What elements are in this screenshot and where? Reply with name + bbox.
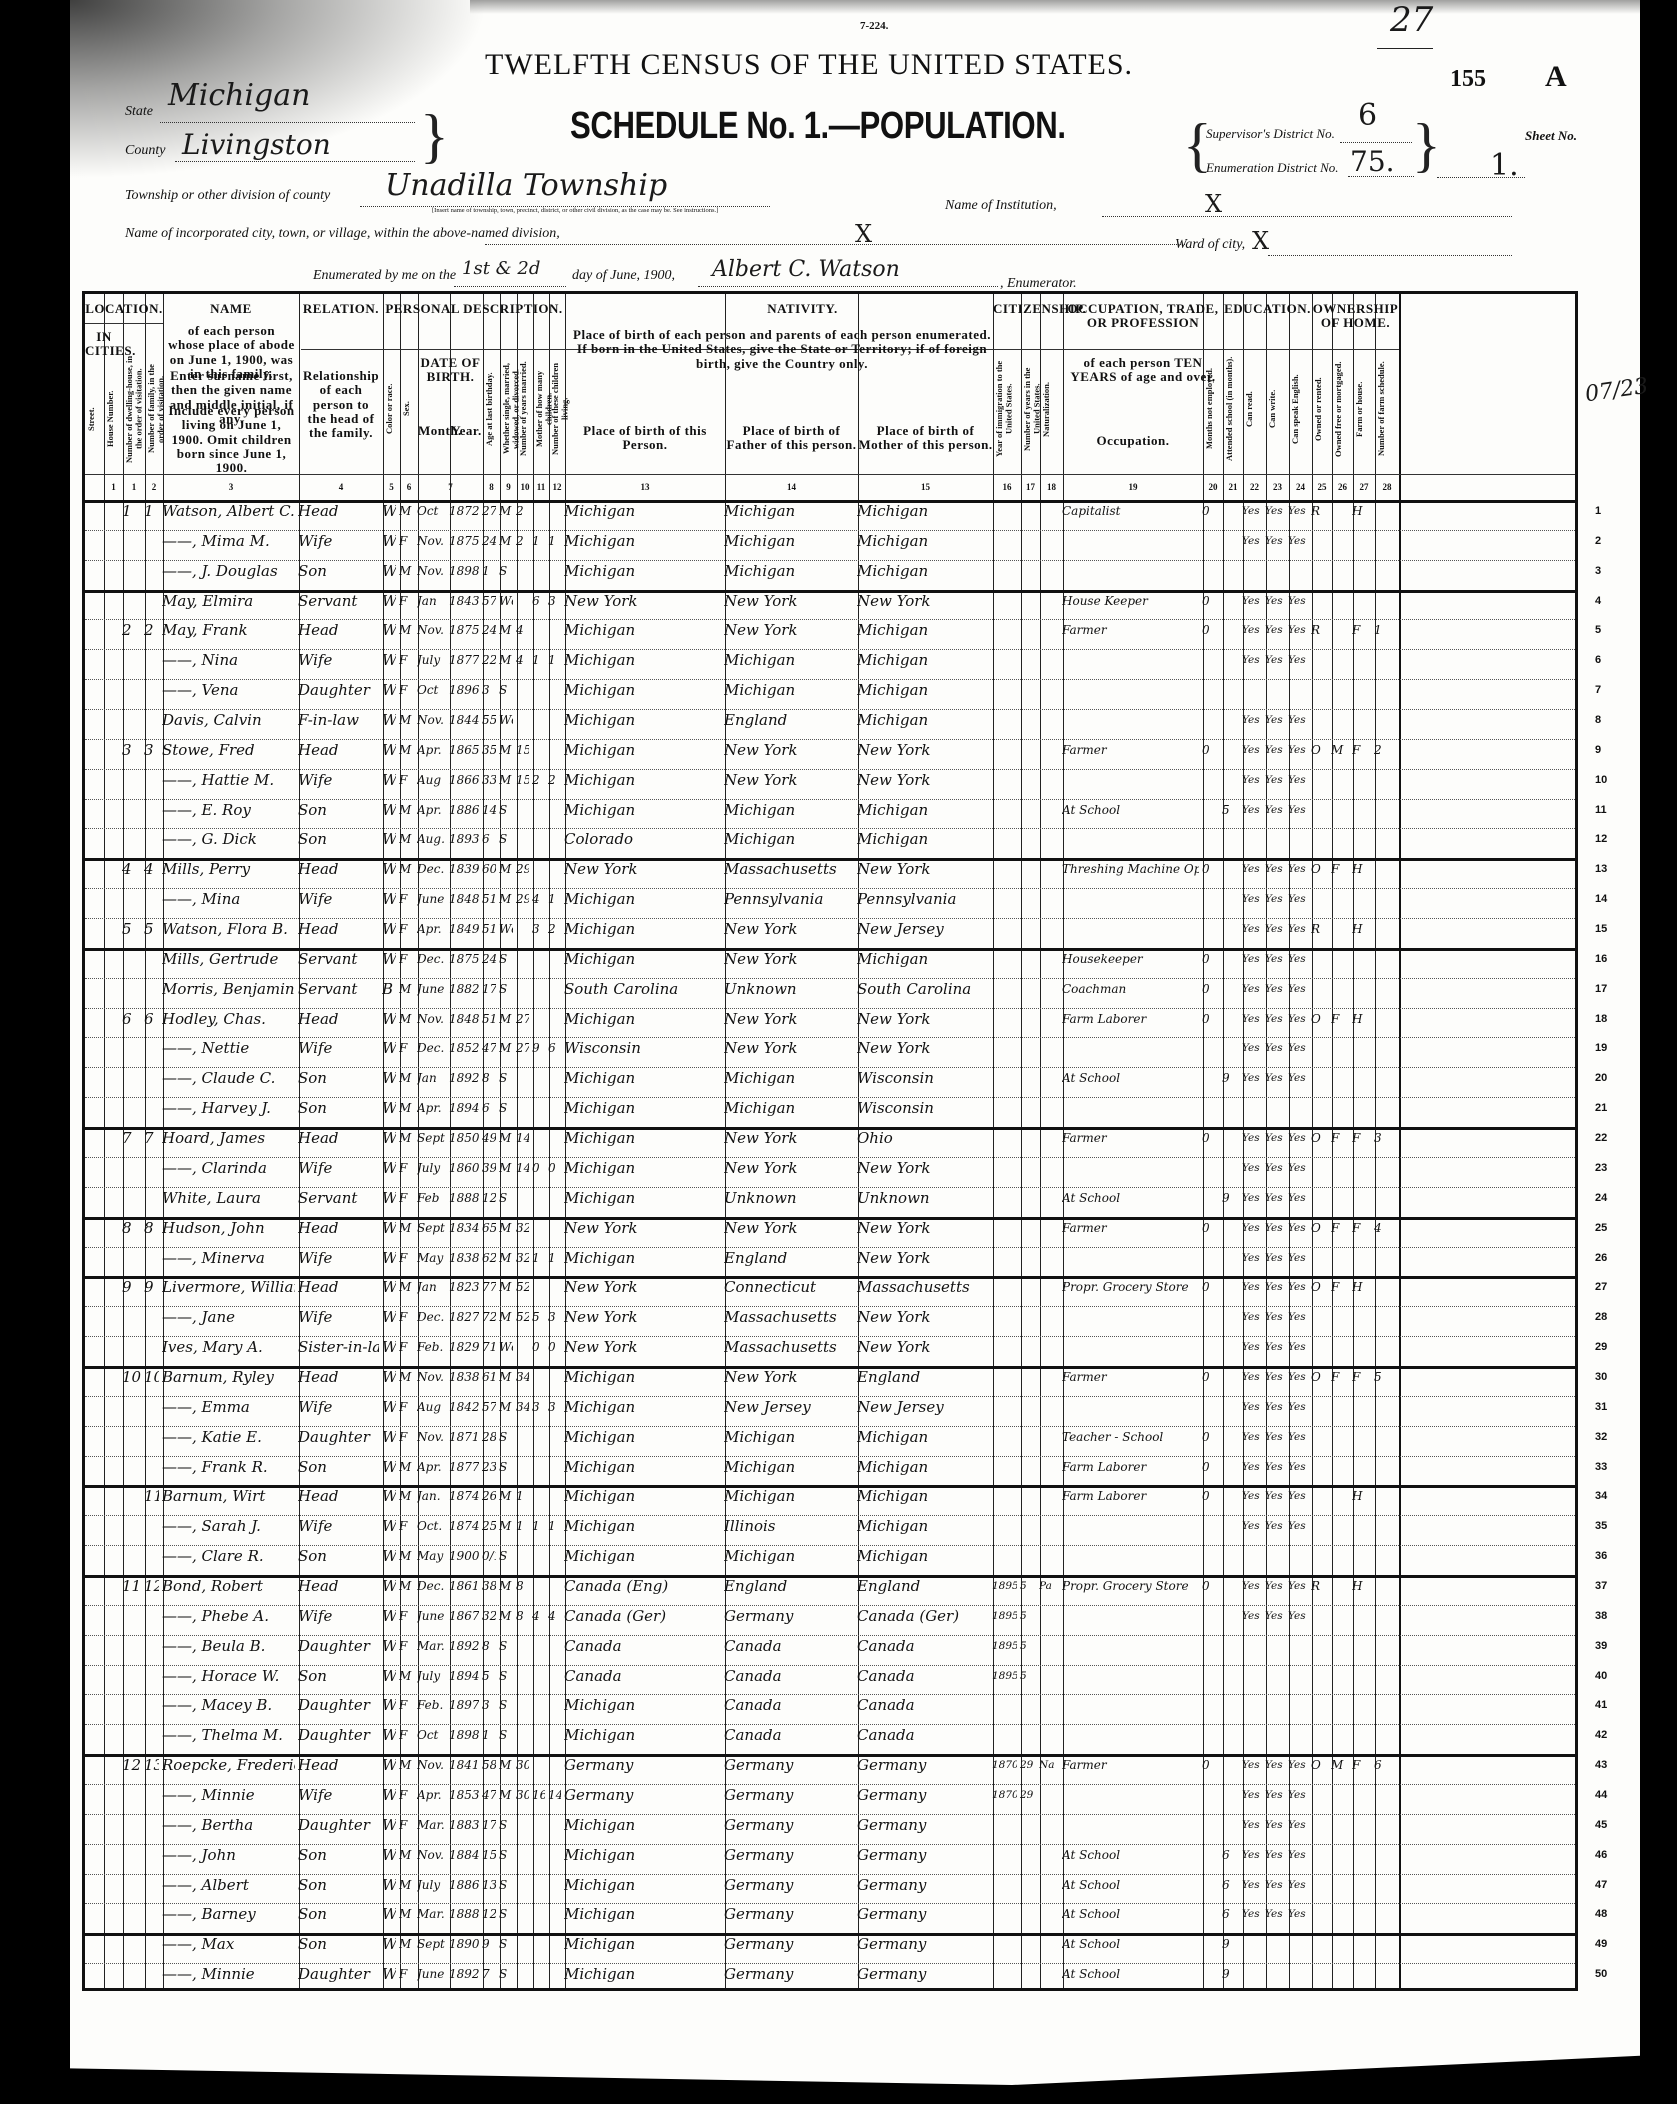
cell-eng: Yes: [1288, 497, 1308, 527]
cell-age: 51: [482, 885, 496, 915]
cell-read: Yes: [1242, 1572, 1262, 1602]
cell-color: W: [382, 1244, 396, 1274]
cell-occ: Teacher - School: [1062, 1423, 1199, 1453]
cell-mar: M: [499, 646, 513, 676]
cell-occ: House Keeper: [1062, 587, 1199, 617]
cell-school: 9: [1222, 1064, 1239, 1094]
cell-age: 9: [482, 1930, 496, 1960]
cell-cl: 0: [548, 1333, 561, 1363]
cell-color: W: [382, 1214, 396, 1244]
cell-rel: Son: [298, 1662, 379, 1692]
cell-age: 8: [482, 1632, 496, 1662]
cell-write: Yes: [1265, 1512, 1285, 1542]
cell-read: Yes: [1242, 1363, 1262, 1393]
cell-month: June: [417, 1960, 446, 1990]
cell-cl: 1: [548, 885, 561, 915]
cell-own: O: [1311, 1751, 1328, 1781]
cell-name: ——, E. Roy: [162, 796, 295, 826]
cell-free: F: [1331, 1124, 1349, 1154]
cell-color: W: [382, 676, 396, 706]
line-number: 15: [1595, 923, 1607, 935]
cell-read: Yes: [1242, 1333, 1262, 1363]
cell-name: ——, Minnie: [162, 1960, 295, 1990]
cell-farm: H: [1352, 1273, 1371, 1303]
cell-mar: M: [499, 1244, 513, 1274]
cell-read: Yes: [1242, 766, 1262, 796]
cell-fam: 12: [144, 1572, 159, 1602]
cell-name: ——, G. Dick: [162, 825, 295, 855]
cell-color: W: [382, 1363, 396, 1393]
stamp-letter: A: [1545, 60, 1567, 94]
cell-read: Yes: [1242, 1811, 1262, 1841]
cell-name: Watson, Albert C.: [162, 497, 295, 527]
cell-sex: M: [399, 497, 414, 527]
cell-mar: M: [499, 1124, 513, 1154]
cell-rel: Son: [298, 1453, 379, 1483]
cell-write: Yes: [1265, 1900, 1285, 1930]
cell-color: W: [382, 1393, 396, 1423]
cell-color: W: [382, 1721, 396, 1751]
cell-read: Yes: [1242, 1064, 1262, 1094]
cell-name: ——, Max: [162, 1930, 295, 1960]
cell-mar: M: [499, 527, 513, 557]
enumeration-label: Enumeration District No.: [1206, 160, 1339, 176]
cell-year: 1834: [449, 1214, 479, 1244]
line-number: 37: [1595, 1580, 1607, 1592]
cell-bp: Michigan: [564, 646, 721, 676]
cell-eng: Yes: [1288, 1841, 1308, 1871]
cell-month: Dec.: [417, 945, 446, 975]
cell-name: ——, Thelma M.: [162, 1721, 295, 1751]
line-number: 12: [1595, 833, 1607, 845]
cell-eng: Yes: [1288, 1244, 1308, 1274]
cell-occ: At School: [1062, 1064, 1199, 1094]
cell-color: B: [382, 975, 396, 1005]
cell-dw: 7: [122, 1124, 141, 1154]
cell-bf: Pennsylvania: [724, 885, 854, 915]
cell-name: Davis, Calvin: [162, 706, 295, 736]
cell-bm: New Jersey: [857, 1393, 989, 1423]
header-own: Owned or rented.: [1314, 354, 1330, 464]
cell-fam: 7: [144, 1124, 159, 1154]
cell-bp: Michigan: [564, 945, 721, 975]
cell-own: O: [1311, 1124, 1328, 1154]
cell-bm: Michigan: [857, 945, 989, 975]
cell-sex: M: [399, 1453, 414, 1483]
cell-sex: M: [399, 1751, 414, 1781]
cell-ym: 32: [516, 1214, 529, 1244]
cell-bf: Germany: [724, 1602, 854, 1632]
cell-month: Mar.: [417, 1900, 446, 1930]
cell-dw: 5: [122, 915, 141, 945]
cell-ym: 8: [516, 1602, 529, 1632]
cell-name: ——, Albert: [162, 1871, 295, 1901]
cell-rel: Head: [298, 1363, 379, 1393]
cell-eng: Yes: [1288, 1333, 1308, 1363]
cell-school: 9: [1222, 1184, 1239, 1214]
cell-month: June: [417, 975, 446, 1005]
cell-rel: Head: [298, 1124, 379, 1154]
cell-dw: 12: [122, 1751, 141, 1781]
cell-farm: F: [1352, 1751, 1371, 1781]
cell-write: Yes: [1265, 766, 1285, 796]
header-unemp: Months not employed.: [1205, 354, 1221, 464]
cell-occ: At School: [1062, 1900, 1199, 1930]
cell-ym: 8: [516, 1572, 529, 1602]
line-number: 29: [1595, 1341, 1607, 1353]
cell-bf: New York: [724, 587, 854, 617]
cell-nat: Pa: [1039, 1572, 1059, 1602]
column-number: 1: [123, 482, 145, 492]
cell-sex: M: [399, 1900, 414, 1930]
cell-bm: Canada: [857, 1632, 989, 1662]
cell-bm: New York: [857, 766, 989, 796]
cell-ym: 2: [516, 527, 529, 557]
cell-read: Yes: [1242, 1482, 1262, 1512]
cell-ym: 52: [516, 1303, 529, 1333]
column-number: 23: [1266, 482, 1289, 492]
enumerator-label: , Enumerator.: [1000, 276, 1077, 292]
cell-farm: H: [1352, 497, 1371, 527]
enumerated-days: 1st & 2d: [462, 258, 540, 279]
cell-month: Dec.: [417, 855, 446, 885]
line-number: 34: [1595, 1490, 1607, 1502]
column-number: 6: [400, 482, 418, 492]
cell-age: 58: [482, 1751, 496, 1781]
cell-mo: 9: [532, 1034, 545, 1064]
cell-color: W: [382, 1005, 396, 1035]
cell-rel: Daughter: [298, 1960, 379, 1990]
cell-sex: F: [399, 1303, 414, 1333]
cell-bp: Michigan: [564, 885, 721, 915]
cell-bp: Michigan: [564, 1094, 721, 1124]
cell-dw: 3: [122, 736, 141, 766]
page-number-handwritten: 27: [1390, 0, 1433, 40]
cell-rel: Son: [298, 796, 379, 826]
cell-eng: Yes: [1288, 1781, 1308, 1811]
cell-write: Yes: [1265, 1781, 1285, 1811]
cell-bf: New Jersey: [724, 1393, 854, 1423]
cell-mar: M: [499, 1512, 513, 1542]
cell-mo: 4: [532, 885, 545, 915]
cell-read: Yes: [1242, 1034, 1262, 1064]
cell-bf: Michigan: [724, 1094, 854, 1124]
cell-own: O: [1311, 1005, 1328, 1035]
cell-write: Yes: [1265, 796, 1285, 826]
cell-eng: Yes: [1288, 1005, 1308, 1035]
cell-year: 1874: [449, 1482, 479, 1512]
cell-read: Yes: [1242, 1184, 1262, 1214]
cell-write: Yes: [1265, 587, 1285, 617]
cell-occ: At School: [1062, 1184, 1199, 1214]
cell-age: 72: [482, 1303, 496, 1333]
cell-rel: Son: [298, 1841, 379, 1871]
cell-bp: Michigan: [564, 706, 721, 736]
form-code: 7-224.: [860, 20, 888, 32]
cell-year: 1860: [449, 1154, 479, 1184]
cell-free: M: [1331, 1751, 1349, 1781]
line-number: 31: [1595, 1401, 1607, 1413]
cell-year: 1844: [449, 706, 479, 736]
cell-age: 22: [482, 646, 496, 676]
section-divider: [301, 349, 565, 350]
cell-read: Yes: [1242, 1751, 1262, 1781]
cell-occ: At School: [1062, 1960, 1199, 1990]
cell-read: Yes: [1242, 885, 1262, 915]
header-in-cities: IN CITIES.: [85, 330, 123, 359]
cell-sex: F: [399, 1423, 414, 1453]
cell-mo: 1: [532, 646, 545, 676]
cell-color: W: [382, 766, 396, 796]
cell-mar: M: [499, 766, 513, 796]
cell-sex: M: [399, 1930, 414, 1960]
cell-color: W: [382, 1900, 396, 1930]
header-education: EDUCATION.: [1223, 302, 1312, 316]
cell-bp: Michigan: [564, 1184, 721, 1214]
cell-mar: M: [499, 1154, 513, 1184]
cell-ym: 34: [516, 1393, 529, 1423]
cell-sex: F: [399, 1393, 414, 1423]
cell-age: 57: [482, 587, 496, 617]
cell-fam: 2: [144, 616, 159, 646]
cell-color: W: [382, 1811, 396, 1841]
cell-name: Watson, Flora B.: [162, 915, 295, 945]
cell-farm: H: [1352, 1482, 1371, 1512]
cell-eng: Yes: [1288, 885, 1308, 915]
header-yus: Number of years in the United States.: [1023, 354, 1038, 464]
cell-own: O: [1311, 736, 1328, 766]
cell-read: Yes: [1242, 1871, 1262, 1901]
township-hint: [Insert name of township, town, precinct…: [432, 207, 718, 214]
cell-month: Oct: [417, 676, 446, 706]
cell-mo: 5: [532, 1303, 545, 1333]
cell-mar: M: [499, 1303, 513, 1333]
cell-bf: Michigan: [724, 527, 854, 557]
cell-mar: S: [499, 1632, 513, 1662]
cell-write: Yes: [1265, 1154, 1285, 1184]
cell-name: ——, Mina: [162, 885, 295, 915]
cell-color: W: [382, 1841, 396, 1871]
cell-year: 1823: [449, 1273, 479, 1303]
cell-bf: Illinois: [724, 1512, 854, 1542]
cell-yus: 29: [1020, 1781, 1036, 1811]
cell-bf: New York: [724, 915, 854, 945]
cell-month: Aug.: [417, 825, 446, 855]
cell-bf: Germany: [724, 1781, 854, 1811]
cell-bf: Canada: [724, 1721, 854, 1751]
cell-year: 1897: [449, 1691, 479, 1721]
cell-year: 1875: [449, 616, 479, 646]
cell-write: Yes: [1265, 885, 1285, 915]
cell-mar: M: [499, 885, 513, 915]
cell-school: 5: [1222, 796, 1239, 826]
cell-read: Yes: [1242, 616, 1262, 646]
cell-bm: Michigan: [857, 1512, 989, 1542]
cell-sex: F: [399, 1960, 414, 1990]
cell-fam: 1: [144, 497, 159, 527]
cell-write: Yes: [1265, 646, 1285, 676]
sheet-value: 1.: [1490, 148, 1519, 183]
page-number-underline: [1377, 48, 1433, 49]
cell-year: 1848: [449, 885, 479, 915]
cell-sex: M: [399, 1572, 414, 1602]
cell-eng: Yes: [1288, 796, 1308, 826]
cell-fam: 3: [144, 736, 159, 766]
cell-bm: Michigan: [857, 646, 989, 676]
cell-farm: F: [1352, 1124, 1371, 1154]
cell-color: W: [382, 1691, 396, 1721]
institution-label: Name of Institution,: [945, 198, 1057, 214]
cell-bp: New York: [564, 1303, 721, 1333]
cell-bp: Colorado: [564, 825, 721, 855]
cell-age: 47: [482, 1781, 496, 1811]
cell-year: 1894: [449, 1662, 479, 1692]
cell-write: Yes: [1265, 527, 1285, 557]
cell-dw: 10: [122, 1363, 141, 1393]
cell-ym: 34: [516, 1363, 529, 1393]
cell-read: Yes: [1242, 1005, 1262, 1035]
cell-bp: Canada: [564, 1632, 721, 1662]
line-number: 20: [1595, 1072, 1607, 1084]
cell-eng: Yes: [1288, 1453, 1308, 1483]
column-number: 12: [549, 482, 565, 492]
cell-bm: Wisconsin: [857, 1094, 989, 1124]
cell-mo: 4: [532, 1602, 545, 1632]
column-number: 4: [299, 482, 383, 492]
line-number: 47: [1595, 1879, 1607, 1891]
cell-sex: F: [399, 1333, 414, 1363]
line-number: 2: [1595, 535, 1601, 547]
cell-bf: England: [724, 706, 854, 736]
column-divider: [1223, 294, 1224, 1988]
cell-sex: F: [399, 587, 414, 617]
cell-bf: Michigan: [724, 497, 854, 527]
cell-color: W: [382, 1871, 396, 1901]
cell-name: ——, John: [162, 1841, 295, 1871]
cell-bf: Michigan: [724, 1453, 854, 1483]
cell-month: Dec.: [417, 1572, 446, 1602]
line-number: 4: [1595, 595, 1601, 607]
cell-cl: 2: [548, 766, 561, 796]
cell-age: 38: [482, 1572, 496, 1602]
cell-month: Dec.: [417, 1034, 446, 1064]
header-imm: Year of immigration to the United States…: [995, 354, 1019, 464]
cell-rel: Servant: [298, 945, 379, 975]
cell-name: ——, Claude C.: [162, 1064, 295, 1094]
cell-year: 1892: [449, 1632, 479, 1662]
cell-bm: England: [857, 1363, 989, 1393]
cell-month: July: [417, 1871, 446, 1901]
cell-occ: At School: [1062, 1871, 1199, 1901]
state-label: State: [125, 104, 153, 120]
cell-bf: New York: [724, 1363, 854, 1393]
cell-mo: 1: [532, 527, 545, 557]
cell-age: 23: [482, 1453, 496, 1483]
cell-bm: Michigan: [857, 676, 989, 706]
cell-name: Stowe, Fred: [162, 736, 295, 766]
cell-farm: F: [1352, 736, 1371, 766]
cell-year: 1866: [449, 766, 479, 796]
cell-color: W: [382, 1453, 396, 1483]
cell-bm: Michigan: [857, 1453, 989, 1483]
cell-eng: Yes: [1288, 945, 1308, 975]
cell-name: ——, Barney: [162, 1900, 295, 1930]
district-bracket-right: }: [1412, 115, 1441, 175]
cell-read: Yes: [1242, 706, 1262, 736]
cell-read: Yes: [1242, 1900, 1262, 1930]
header-mo: Mother of how many children.: [535, 354, 547, 464]
cell-bf: Michigan: [724, 1542, 854, 1572]
cell-mo: 1: [532, 1244, 545, 1274]
cell-color: W: [382, 587, 396, 617]
cell-name: ——, J. Douglas: [162, 557, 295, 587]
cell-mar: S: [499, 1900, 513, 1930]
cell-occ: Propr. Grocery Store: [1062, 1273, 1199, 1303]
cell-eng: Yes: [1288, 1871, 1308, 1901]
cell-age: 32: [482, 1602, 496, 1632]
cell-year: 1898: [449, 557, 479, 587]
cell-bm: Canada: [857, 1721, 989, 1751]
cell-rel: Daughter: [298, 1721, 379, 1751]
header-cl: Number of these children living.: [551, 354, 563, 464]
cell-bm: Unknown: [857, 1184, 989, 1214]
cell-year: 1838: [449, 1244, 479, 1274]
line-number: 43: [1595, 1759, 1607, 1771]
cell-bf: Canada: [724, 1691, 854, 1721]
cell-name: ——, Beula B.: [162, 1632, 295, 1662]
cell-nat: Na: [1039, 1751, 1059, 1781]
column-number: 22: [1243, 482, 1266, 492]
cell-name: ——, Minnie: [162, 1781, 295, 1811]
cell-write: Yes: [1265, 855, 1285, 885]
line-number: 14: [1595, 893, 1607, 905]
cell-rel: Daughter: [298, 1423, 379, 1453]
column-number: 16: [993, 482, 1021, 492]
header-age: Age at last birthday.: [485, 354, 498, 464]
cell-mar: S: [499, 1930, 513, 1960]
cell-mar: M: [499, 1005, 513, 1035]
line-number: 42: [1595, 1729, 1607, 1741]
cell-bf: Michigan: [724, 1482, 854, 1512]
enumerated-suffix: day of June, 1900,: [572, 268, 675, 284]
cell-month: July: [417, 1154, 446, 1184]
line-number: 22: [1595, 1132, 1607, 1144]
cell-year: 1867: [449, 1602, 479, 1632]
cell-bp: Michigan: [564, 766, 721, 796]
cell-write: Yes: [1265, 497, 1285, 527]
cell-mar: S: [499, 1094, 513, 1124]
header-nat: Naturalization.: [1042, 354, 1061, 464]
cell-yus: 5: [1020, 1572, 1036, 1602]
cell-occ: Farm Laborer: [1062, 1482, 1199, 1512]
cell-write: Yes: [1265, 975, 1285, 1005]
cell-year: 1853: [449, 1781, 479, 1811]
cell-cl: 4: [548, 1602, 561, 1632]
cell-mar: S: [499, 1184, 513, 1214]
cell-bp: Michigan: [564, 557, 721, 587]
cell-bm: Germany: [857, 1930, 989, 1960]
cell-bm: Pennsylvania: [857, 885, 989, 915]
cell-age: 61: [482, 1363, 496, 1393]
cell-write: Yes: [1265, 1841, 1285, 1871]
line-number: 5: [1595, 624, 1601, 636]
cell-rel: Son: [298, 1064, 379, 1094]
township-value: Unadilla Township: [385, 168, 667, 203]
cell-write: Yes: [1265, 945, 1285, 975]
column-number: 24: [1289, 482, 1312, 492]
cell-mar: M: [499, 1393, 513, 1423]
cell-year: 1892: [449, 1064, 479, 1094]
